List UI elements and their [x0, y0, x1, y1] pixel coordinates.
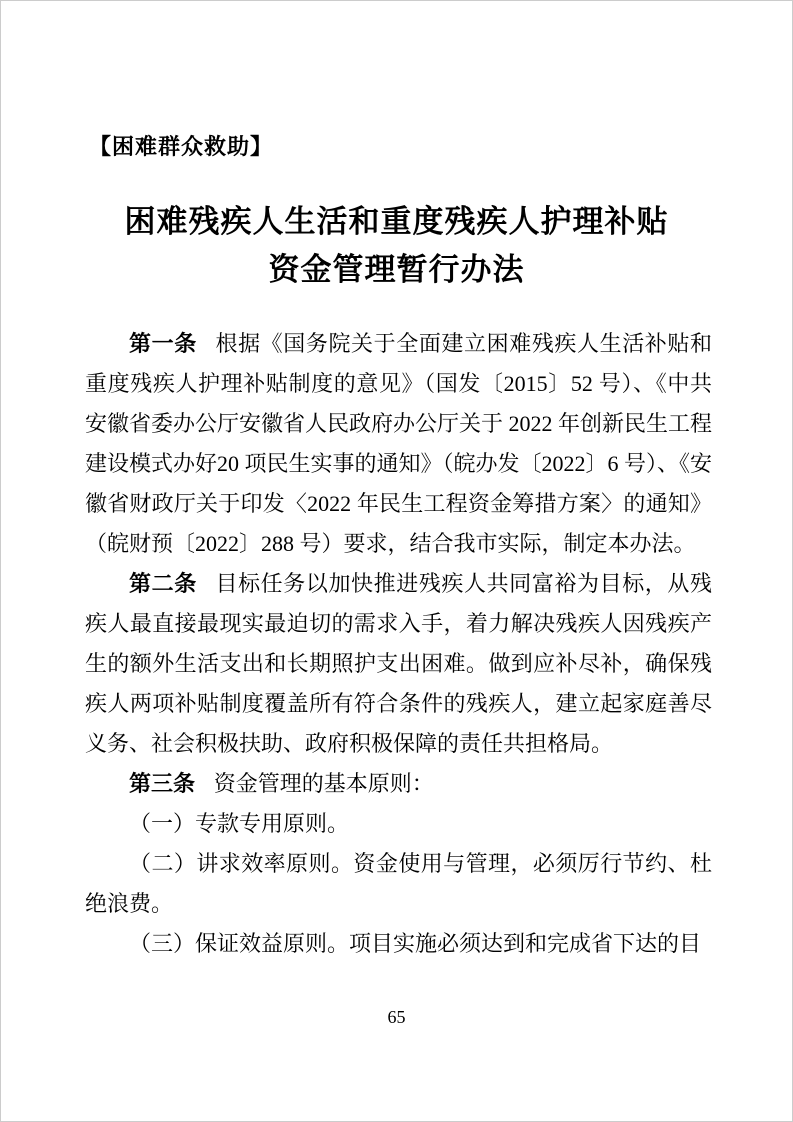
principle-1-text: （一）专款专用原则。 — [129, 811, 349, 836]
article-2-label: 第二条 — [129, 571, 197, 596]
principle-3-text: （三）保证效益原则。项目实施必须达到和完成省下达的目 — [129, 931, 701, 956]
document-title: 困难残疾人生活和重度残疾人护理补贴 资金管理暂行办法 — [1, 198, 792, 294]
title-line-2: 资金管理暂行办法 — [1, 246, 792, 294]
page-number: 65 — [1, 1004, 792, 1030]
article-1-label: 第一条 — [129, 331, 197, 356]
document-body: 第一条根据《国务院关于全面建立困难残疾人生活补贴和重度残疾人护理补贴制度的意见》… — [85, 324, 712, 964]
paragraph-principle-3: （三）保证效益原则。项目实施必须达到和完成省下达的目 — [85, 924, 712, 964]
article-1-text: 根据《国务院关于全面建立困难残疾人生活补贴和重度残疾人护理补贴制度的意见》（国发… — [85, 331, 712, 556]
principle-2-text: （二）讲求效率原则。资金使用与管理，必须厉行节约、杜绝浪费。 — [85, 851, 712, 916]
paragraph-principle-2: （二）讲求效率原则。资金使用与管理，必须厉行节约、杜绝浪费。 — [85, 844, 712, 924]
section-kicker: 【困难群众救助】 — [89, 130, 273, 161]
article-3-text: 资金管理的基本原则： — [214, 771, 434, 796]
article-3-label: 第三条 — [129, 771, 195, 796]
article-2-text: 目标任务以加快推进残疾人共同富裕为目标，从残疾人最直接最现实最迫切的需求入手，着… — [85, 571, 712, 756]
paragraph-article-3: 第三条资金管理的基本原则： — [85, 764, 712, 804]
paragraph-article-2: 第二条目标任务以加快推进残疾人共同富裕为目标，从残疾人最直接最现实最迫切的需求入… — [85, 564, 712, 764]
title-line-1: 困难残疾人生活和重度残疾人护理补贴 — [1, 198, 792, 246]
document-page: 【困难群众救助】 困难残疾人生活和重度残疾人护理补贴 资金管理暂行办法 第一条根… — [0, 0, 793, 1122]
paragraph-principle-1: （一）专款专用原则。 — [85, 804, 712, 844]
paragraph-article-1: 第一条根据《国务院关于全面建立困难残疾人生活补贴和重度残疾人护理补贴制度的意见》… — [85, 324, 712, 564]
